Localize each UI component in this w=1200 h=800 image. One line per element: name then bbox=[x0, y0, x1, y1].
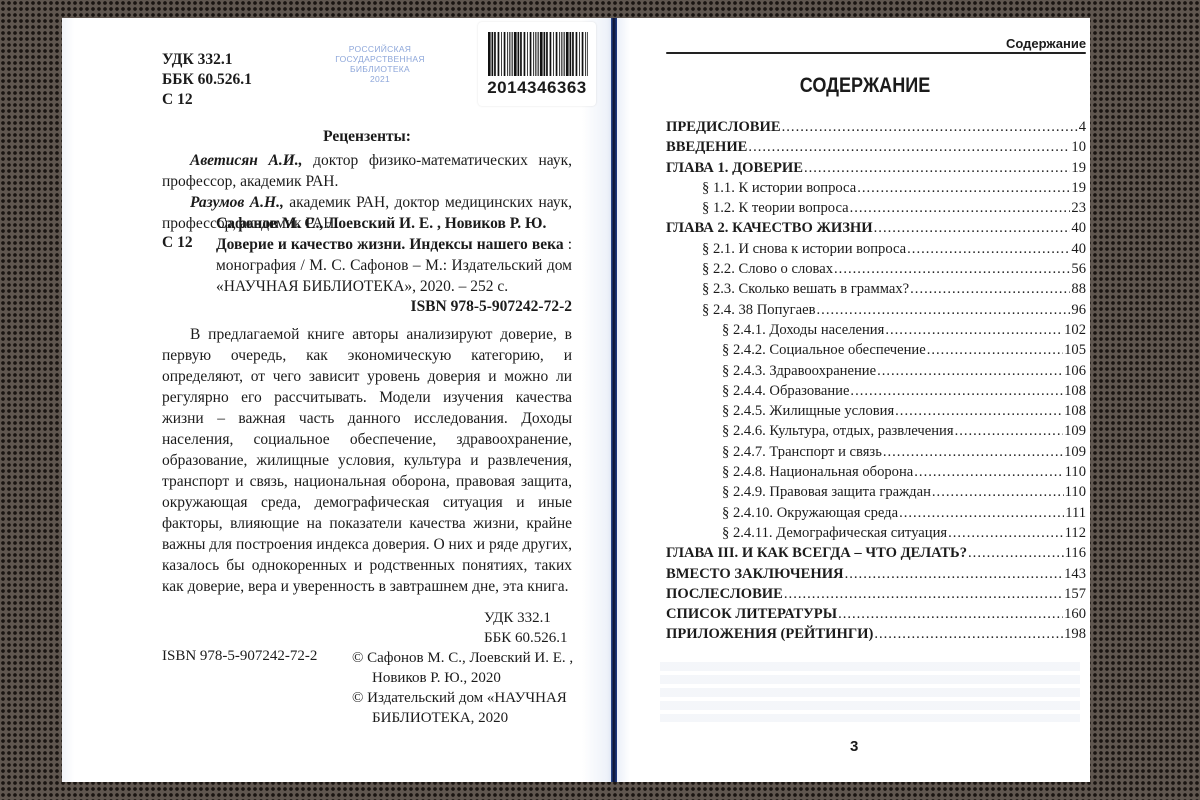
toc-entry-page: 4 bbox=[1079, 117, 1086, 137]
dot-leader bbox=[877, 361, 1063, 381]
toc-entry: § 2.2. Слово о словах56 bbox=[666, 259, 1086, 279]
reviewer-name: Разумов А.Н., bbox=[190, 194, 284, 211]
toc-entry: § 2.1. И снова к истории вопроса40 bbox=[666, 239, 1086, 259]
catalog-code: С 12 bbox=[162, 234, 193, 252]
dot-leader bbox=[850, 381, 1063, 401]
toc-entry-label: § 2.4.7. Транспорт и связь bbox=[722, 442, 882, 462]
bottom-isbn: ISBN 978-5-907242-72-2 bbox=[162, 648, 317, 665]
authors: Сафонов М. С., Лоевский И. Е. , Новиков … bbox=[216, 213, 572, 234]
bottom-classification: УДК 332.1 ББК 60.526.1 bbox=[484, 608, 567, 648]
dot-leader bbox=[874, 624, 1063, 644]
barcode-number: 2014346363 bbox=[478, 78, 596, 98]
toc-entry-label: § 2.4.11. Демографическая ситуация bbox=[722, 523, 947, 543]
toc-entry: § 2.4.5. Жилищные условия 108 bbox=[666, 401, 1086, 421]
bibliographic-record: Сафонов М. С., Лоевский И. Е. , Новиков … bbox=[216, 213, 572, 297]
copyright-block: © Сафонов М. С., Лоевский И. Е. , Новико… bbox=[352, 648, 577, 728]
toc-entry: § 2.4. 38 Попугаев96 bbox=[666, 300, 1086, 320]
toc-entry-page: 143 bbox=[1064, 564, 1086, 584]
stamp-line: БИБЛИОТЕКА bbox=[318, 64, 442, 74]
dot-leader bbox=[907, 239, 1070, 259]
toc-entry-label: § 2.4.3. Здравоохранение bbox=[722, 361, 876, 381]
classification-codes: УДК 332.1 ББК 60.526.1 С 12 bbox=[162, 50, 252, 110]
toc-entry-page: 56 bbox=[1071, 259, 1086, 279]
toc-entry-page: 110 bbox=[1065, 482, 1086, 502]
dot-leader bbox=[914, 462, 1063, 482]
toc-entry-page: 106 bbox=[1064, 361, 1086, 381]
table-of-contents: ПРЕДИСЛОВИЕ4ВВЕДЕНИЕ 10ГЛАВА 1. ДОВЕРИЕ … bbox=[666, 117, 1086, 645]
dot-leader bbox=[857, 178, 1070, 198]
toc-entry-label: § 2.4.2. Социальное обеспечение bbox=[722, 340, 926, 360]
toc-entry-label: § 2.4.10. Окружающая среда bbox=[722, 503, 898, 523]
toc-entry-page: 160 bbox=[1064, 604, 1086, 624]
author-sign: С 12 bbox=[162, 90, 252, 110]
reviewer-entry: Аветисян А.И., доктор физико-математичес… bbox=[162, 150, 572, 192]
copyright-authors: © Сафонов М. С., Лоевский И. Е. , Новико… bbox=[352, 648, 577, 688]
reviewer-name: Аветисян А.И., bbox=[190, 152, 303, 169]
toc-entry-page: 40 bbox=[1071, 218, 1086, 238]
toc-entry: § 2.4.3. Здравоохранение 106 bbox=[666, 361, 1086, 381]
header-rule bbox=[666, 52, 1086, 54]
toc-entry: § 1.2. К теории вопроса23 bbox=[666, 198, 1086, 218]
dot-leader bbox=[932, 482, 1064, 502]
toc-entry-label: § 2.1. И снова к истории вопроса bbox=[702, 239, 906, 259]
toc-entry-page: 23 bbox=[1071, 198, 1086, 218]
toc-entry-page: 105 bbox=[1064, 340, 1086, 360]
stamp-line: РОССИЙСКАЯ bbox=[318, 44, 442, 54]
dot-leader bbox=[885, 320, 1063, 340]
toc-entry-label: ПРЕДИСЛОВИЕ bbox=[666, 117, 781, 137]
toc-entry: ГЛАВА 2. КАЧЕСТВО ЖИЗНИ40 bbox=[666, 218, 1086, 238]
toc-entry-label: ПРИЛОЖЕНИЯ (РЕЙТИНГИ) bbox=[666, 624, 873, 644]
toc-entry: ПРИЛОЖЕНИЯ (РЕЙТИНГИ)198 bbox=[666, 624, 1086, 644]
bleed-through-text bbox=[660, 662, 1080, 722]
toc-entry-page: 10 bbox=[1071, 137, 1086, 157]
toc-entry: СПИСОК ЛИТЕРАТУРЫ160 bbox=[666, 604, 1086, 624]
toc-entry: § 2.4.8. Национальная оборона110 bbox=[666, 462, 1086, 482]
toc-entry-page: 88 bbox=[1071, 279, 1086, 299]
book-title: Доверие и качество жизни. Индексы нашего… bbox=[216, 236, 564, 253]
dot-leader bbox=[817, 300, 1071, 320]
toc-entry-page: 109 bbox=[1064, 421, 1086, 441]
dot-leader bbox=[850, 198, 1071, 218]
dot-leader bbox=[883, 442, 1063, 462]
stamp-line: ГОСУДАРСТВЕННАЯ bbox=[318, 54, 442, 64]
toc-entry-label: ГЛАВА 1. ДОВЕРИЕ bbox=[666, 158, 803, 178]
dot-leader bbox=[927, 340, 1063, 360]
toc-entry: ГЛАВА 1. ДОВЕРИЕ 19 bbox=[666, 158, 1086, 178]
reviewers-heading: Рецензенты: bbox=[162, 128, 572, 146]
dot-leader bbox=[845, 564, 1064, 584]
toc-entry: ПРЕДИСЛОВИЕ4 bbox=[666, 117, 1086, 137]
toc-entry-label: § 2.4.6. Культура, отдых, развлечения bbox=[722, 421, 954, 441]
udk-code: УДК 332.1 bbox=[162, 50, 252, 70]
toc-entry-label: § 2.4.9. Правовая защита граждан bbox=[722, 482, 931, 502]
toc-entry: § 2.4.9. Правовая защита граждан 110 bbox=[666, 482, 1086, 502]
toc-entry: ГЛАВА III. И КАК ВСЕГДА – ЧТО ДЕЛАТЬ? 11… bbox=[666, 543, 1086, 563]
bbk-code: ББК 60.526.1 bbox=[162, 70, 252, 90]
stamp-line: 2021 bbox=[318, 74, 442, 84]
toc-title: СОДЕРЖАНИЕ bbox=[672, 74, 1059, 98]
toc-entry: § 2.4.2. Социальное обеспечение105 bbox=[666, 340, 1086, 360]
toc-entry: § 2.4.6. Культура, отдых, развлечения109 bbox=[666, 421, 1086, 441]
toc-entry-label: ГЛАВА 2. КАЧЕСТВО ЖИЗНИ bbox=[666, 218, 873, 238]
toc-entry: § 2.4.7. Транспорт и связь109 bbox=[666, 442, 1086, 462]
toc-entry-page: 40 bbox=[1071, 239, 1086, 259]
toc-entry-page: 109 bbox=[1064, 442, 1086, 462]
barcode-icon bbox=[488, 32, 588, 76]
dot-leader bbox=[748, 137, 1070, 157]
copyright-publisher: © Издательский дом «НАУЧНАЯ БИБЛИОТЕКА, … bbox=[352, 688, 577, 728]
dot-leader bbox=[895, 401, 1063, 421]
toc-entry-label: § 2.4.5. Жилищные условия bbox=[722, 401, 894, 421]
toc-entry-page: 110 bbox=[1065, 462, 1086, 482]
dot-leader bbox=[838, 604, 1063, 624]
toc-entry: § 2.4.10. Окружающая среда111 bbox=[666, 503, 1086, 523]
toc-entry-page: 96 bbox=[1071, 300, 1086, 320]
dot-leader bbox=[948, 523, 1064, 543]
toc-entry: § 2.4.11. Демографическая ситуация112 bbox=[666, 523, 1086, 543]
bbk-code: ББК 60.526.1 bbox=[484, 628, 567, 648]
toc-entry-label: ПОСЛЕСЛОВИЕ bbox=[666, 584, 783, 604]
page-number: 3 bbox=[850, 738, 858, 755]
dot-leader bbox=[784, 584, 1063, 604]
toc-entry-page: 116 bbox=[1065, 543, 1086, 563]
toc-entry: § 2.3. Сколько вешать в граммах? 88 bbox=[666, 279, 1086, 299]
toc-entry: § 1.1. К истории вопроса19 bbox=[666, 178, 1086, 198]
dot-leader bbox=[782, 117, 1078, 137]
toc-entry-page: 108 bbox=[1064, 381, 1086, 401]
dot-leader bbox=[968, 543, 1064, 563]
toc-entry: § 2.4.4. Образование 108 bbox=[666, 381, 1086, 401]
toc-entry-label: § 2.4.1. Доходы населения bbox=[722, 320, 884, 340]
toc-entry-page: 198 bbox=[1064, 624, 1086, 644]
toc-entry-page: 102 bbox=[1064, 320, 1086, 340]
barcode-sticker: 2014346363 bbox=[478, 22, 596, 106]
dot-leader bbox=[955, 421, 1064, 441]
dot-leader bbox=[899, 503, 1064, 523]
toc-entry-label: § 2.4.4. Образование bbox=[722, 381, 849, 401]
toc-entry-label: ВМЕСТО ЗАКЛЮЧЕНИЯ bbox=[666, 564, 844, 584]
toc-entry-label: § 2.4.8. Национальная оборона bbox=[722, 462, 913, 482]
toc-entry-page: 108 bbox=[1064, 401, 1086, 421]
dot-leader bbox=[910, 279, 1070, 299]
toc-entry-label: § 2.3. Сколько вешать в граммах? bbox=[702, 279, 909, 299]
toc-entry-label: § 1.1. К истории вопроса bbox=[702, 178, 856, 198]
dot-leader bbox=[804, 158, 1070, 178]
dot-leader bbox=[874, 218, 1071, 238]
toc-entry-page: 19 bbox=[1071, 178, 1086, 198]
toc-entry: § 2.4.1. Доходы населения102 bbox=[666, 320, 1086, 340]
toc-entry: ПОСЛЕСЛОВИЕ157 bbox=[666, 584, 1086, 604]
toc-entry-label: СПИСОК ЛИТЕРАТУРЫ bbox=[666, 604, 837, 624]
toc-entry-label: § 2.2. Слово о словах bbox=[702, 259, 833, 279]
dot-leader bbox=[834, 259, 1070, 279]
abstract: В предлагаемой книге авторы анализируют … bbox=[162, 324, 572, 597]
isbn: ISBN 978-5-907242-72-2 bbox=[300, 298, 572, 316]
toc-entry-page: 111 bbox=[1065, 503, 1086, 523]
book-spine bbox=[611, 18, 617, 782]
toc-entry-label: § 2.4. 38 Попугаев bbox=[702, 300, 816, 320]
toc-entry-page: 112 bbox=[1065, 523, 1086, 543]
toc-entry: ВВЕДЕНИЕ 10 bbox=[666, 137, 1086, 157]
toc-entry-page: 19 bbox=[1071, 158, 1086, 178]
toc-entry-label: ГЛАВА III. И КАК ВСЕГДА – ЧТО ДЕЛАТЬ? bbox=[666, 543, 967, 563]
running-head: Содержание bbox=[1006, 36, 1086, 51]
library-stamp: РОССИЙСКАЯ ГОСУДАРСТВЕННАЯ БИБЛИОТЕКА 20… bbox=[318, 44, 442, 84]
udk-code: УДК 332.1 bbox=[484, 608, 567, 628]
toc-entry-label: ВВЕДЕНИЕ bbox=[666, 137, 747, 157]
toc-entry: ВМЕСТО ЗАКЛЮЧЕНИЯ143 bbox=[666, 564, 1086, 584]
toc-entry-page: 157 bbox=[1064, 584, 1086, 604]
toc-entry-label: § 1.2. К теории вопроса bbox=[702, 198, 849, 218]
